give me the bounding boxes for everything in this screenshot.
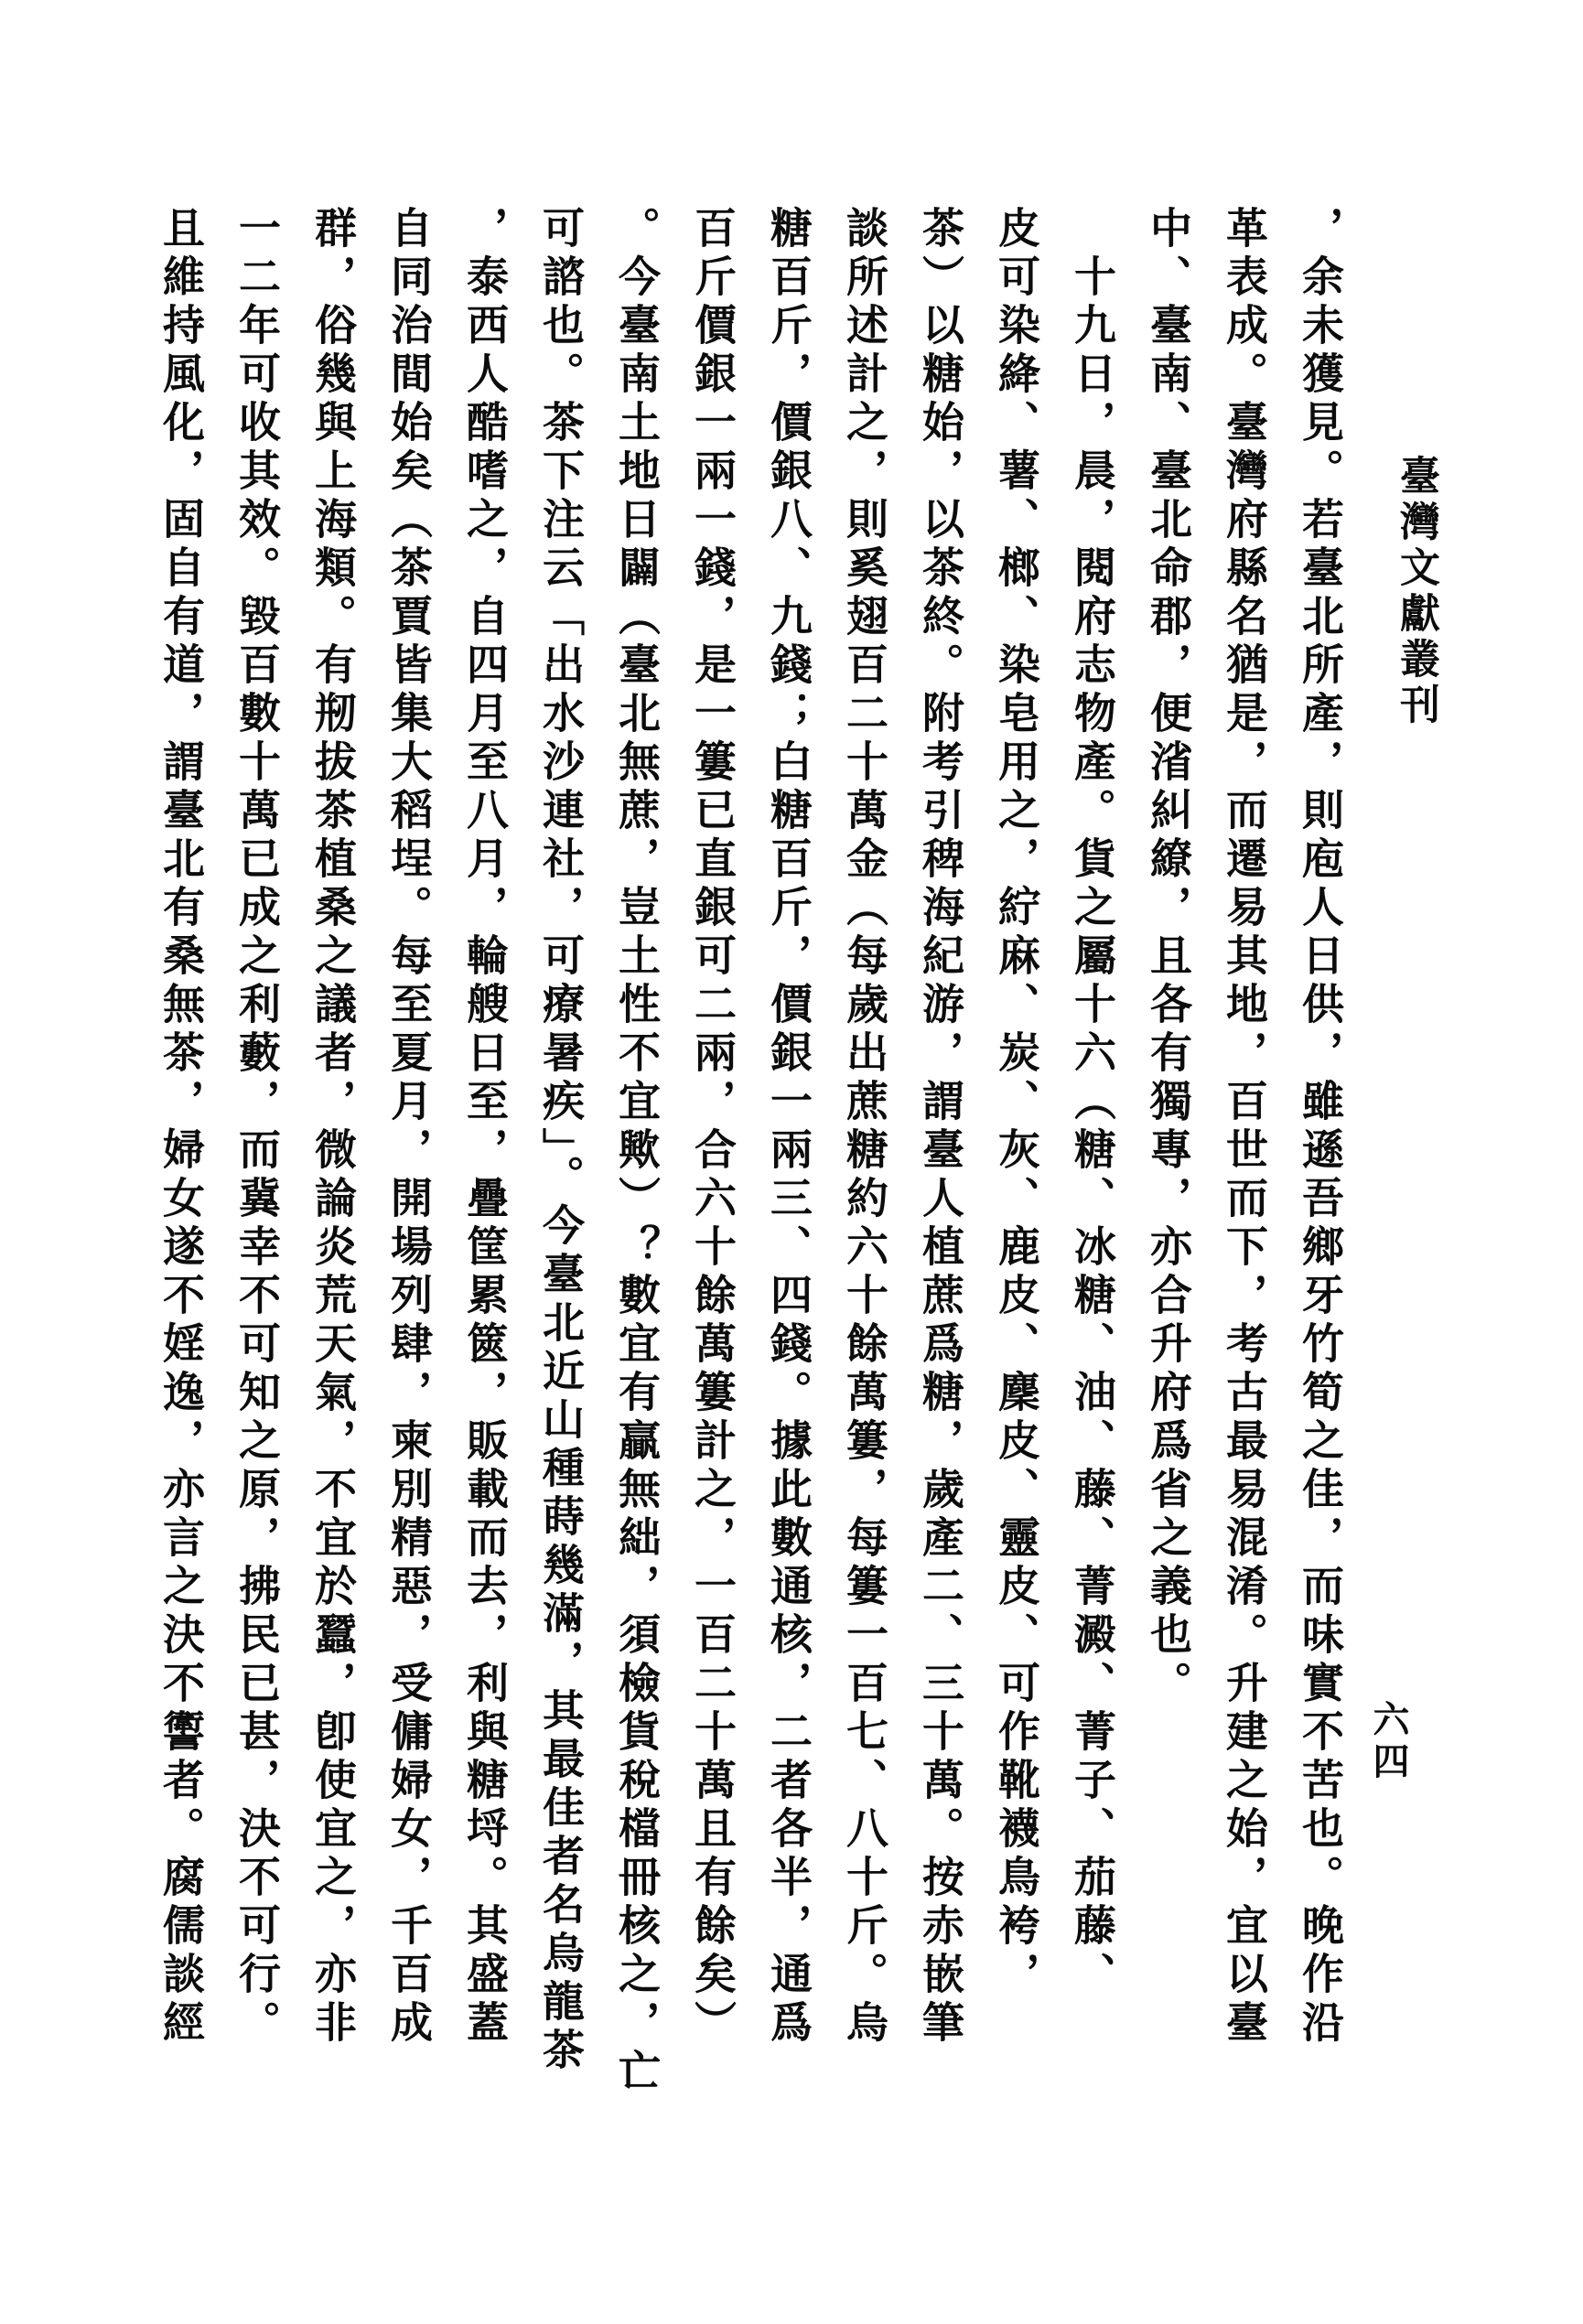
text-column: 革表成。臺灣府縣名猶是，而遷易其地，百世而下，考古最易混淆。升建之始，宜以臺 [1206,206,1282,2173]
text-column: 。今臺南土地日闢（臺北無蔗，豈土性不宜歟）？數宜有贏無絀，須檢貨稅檔冊核之，亡 [598,206,674,2173]
text-column: 自同治間始矣（茶賈皆集大稻埕。每至夏月，開場列肆，柬別精惡，受傭婦女，千百成 [371,206,447,2173]
page-number: 六四 [1363,1700,1413,1784]
text-column: 談所述計之，則奚翅百二十萬金（每歲出蔗糖約六十餘萬簍，每簍一百七、八十斤。烏 [826,206,902,2173]
text-column: 且維持風化，固自有道，謂臺北有桑無茶，婦女遂不婬逸，亦言之決不讆者。腐儒談經 [143,206,219,2173]
text-column: ，泰西人酷嗜之，自四月至八月，輪艘日至，疊筐累篋，販載而去，利與糖埒。其盛蓋 [447,206,522,2173]
text-column: 群，俗幾與上海類。有剏拔茶植桑之議者，微論炎荒天氣，不宜於蠶，卽使宜之，亦非 [295,206,371,2173]
text-column: 一二年可收其效。毀百數十萬已成之利藪，而冀幸不可知之原，拂民已甚，決不可行。 [219,206,295,2173]
text-column: 可諮也。茶下注云「出水沙連社，可療暑疾」。今臺北近山種蒔幾滿，其最佳者名烏龍茶 [522,206,598,2173]
text-column: 糖百斤，價銀八、九錢；白糖百斤，價銀一兩三、四錢。據此數通核，二者各半，通爲 [750,206,826,2173]
text-column: 茶）以糖始，以茶終。附考引稗海紀游，謂臺人植蔗爲糖，歲產二、三十萬。按赤嵌筆 [902,206,978,2173]
series-title: 臺灣文獻叢刊 [1388,455,1443,729]
text-column: ，余未獲見。若臺北所產，則庖人日供，雖遜吾鄉牙竹筍之佳，而味實不苦也。晚作沿 [1282,206,1358,2173]
text-column: 百斤價銀一兩一錢，是一簍已直銀可二兩，合六十餘萬簍計之，一百二十萬且有餘矣） [674,206,750,2173]
text-columns: ，余未獲見。若臺北所產，則庖人日供，雖遜吾鄉牙竹筍之佳，而味實不苦也。晚作沿革表… [143,206,1358,2173]
text-column: 皮可染絳、薯、榔、染皂用之，紵麻、炭、灰、鹿皮、麇皮、靈皮、可作靴襪鳥袴， [978,206,1054,2173]
scanned-page: ，余未獲見。若臺北所產，則庖人日供，雖遜吾鄉牙竹筍之佳，而味實不苦也。晚作沿革表… [0,0,1583,2324]
text-column: 十九日，晨，閱府志物產。貨之屬十六（糖、冰糖、油、藤、菁澱、菁子、茄藤、 [1054,206,1130,2173]
text-column: 中、臺南、臺北命郡，便渻糾繚，且各有獨專，亦合升府爲省之義也。 [1130,206,1206,2173]
